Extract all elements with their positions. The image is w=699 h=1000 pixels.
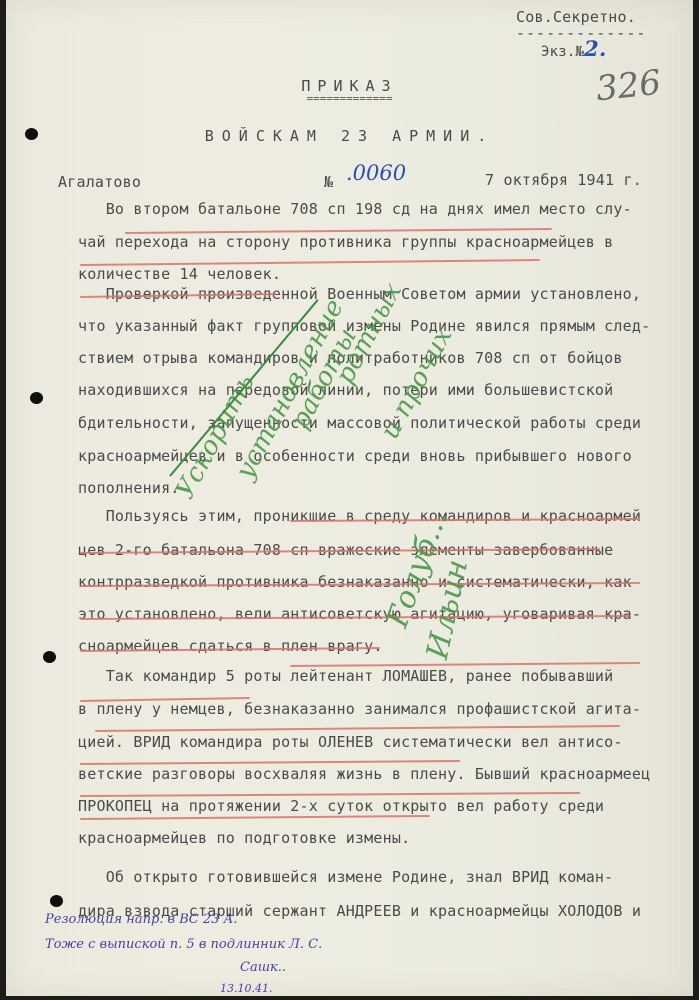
document-page: Сов.Секретно. ------------- Экз.№2. 326 … — [6, 0, 693, 996]
order-number: .0060 — [346, 161, 406, 185]
order-date: 7 октября 1941 г. — [485, 171, 642, 189]
document-subheading: ВОЙСКАМ 23 АРМИИ. — [6, 127, 693, 145]
body-line: чай перехода на сторону противника групп… — [78, 233, 613, 251]
place-of-issue: Агалатово — [58, 173, 141, 191]
body-line: Об открыто готовившейся измене Родине, з… — [78, 868, 613, 886]
underline-mark — [80, 815, 430, 820]
body-line: Так командир 5 роты лейтенант ЛОМАШЕВ, р… — [78, 667, 613, 685]
punch-hole — [50, 895, 63, 907]
body-line: количестве 14 человек. — [78, 265, 281, 283]
body-line: Пользуясь этим, проникшие в среду команд… — [78, 507, 641, 525]
body-line: ветские разговоры восхваляя жизнь в плен… — [78, 765, 650, 783]
routing-note-line: Сашк.. — [240, 960, 286, 975]
routing-note-line: Резолюция напр. в ВС 23 А. — [45, 912, 238, 927]
body-line: красноармейцев и в особенности среди вно… — [78, 447, 632, 465]
heading-rule: ============= — [6, 92, 693, 105]
underline-mark — [95, 725, 620, 732]
copy-label: Экз.№ — [541, 44, 584, 60]
body-line: ПРОКОПЕЦ на протяжении 2-х суток открыто… — [78, 797, 604, 815]
body-line: красноармейцев по подготовке измены. — [78, 829, 410, 847]
punch-hole — [43, 651, 56, 663]
body-line: бдительности, запущенности массовой поли… — [78, 414, 641, 432]
body-line: сноармейцев сдаться в плен врагу. — [78, 637, 383, 655]
underline-mark — [80, 259, 540, 266]
number-label: № — [324, 173, 333, 191]
punch-hole — [30, 392, 43, 404]
copy-number: 2. — [584, 36, 606, 61]
body-line: это установлено, вели антисоветскую агит… — [78, 605, 641, 623]
routing-note-line: 13.10.41. — [220, 982, 272, 995]
copy-number-line: Экз.№2. — [541, 36, 606, 61]
body-line: пополнения. — [78, 479, 180, 497]
body-line: в плену у немцев, безнаказанно занимался… — [78, 700, 641, 718]
body-line: цией. ВРИД командира роты ОЛЕНЕВ система… — [78, 733, 623, 751]
routing-note-line: Тоже с выпиской п. 5 в подлинник Л. С. — [45, 937, 322, 952]
body-line: Во втором батальоне 708 сп 198 сд на дня… — [78, 200, 632, 218]
